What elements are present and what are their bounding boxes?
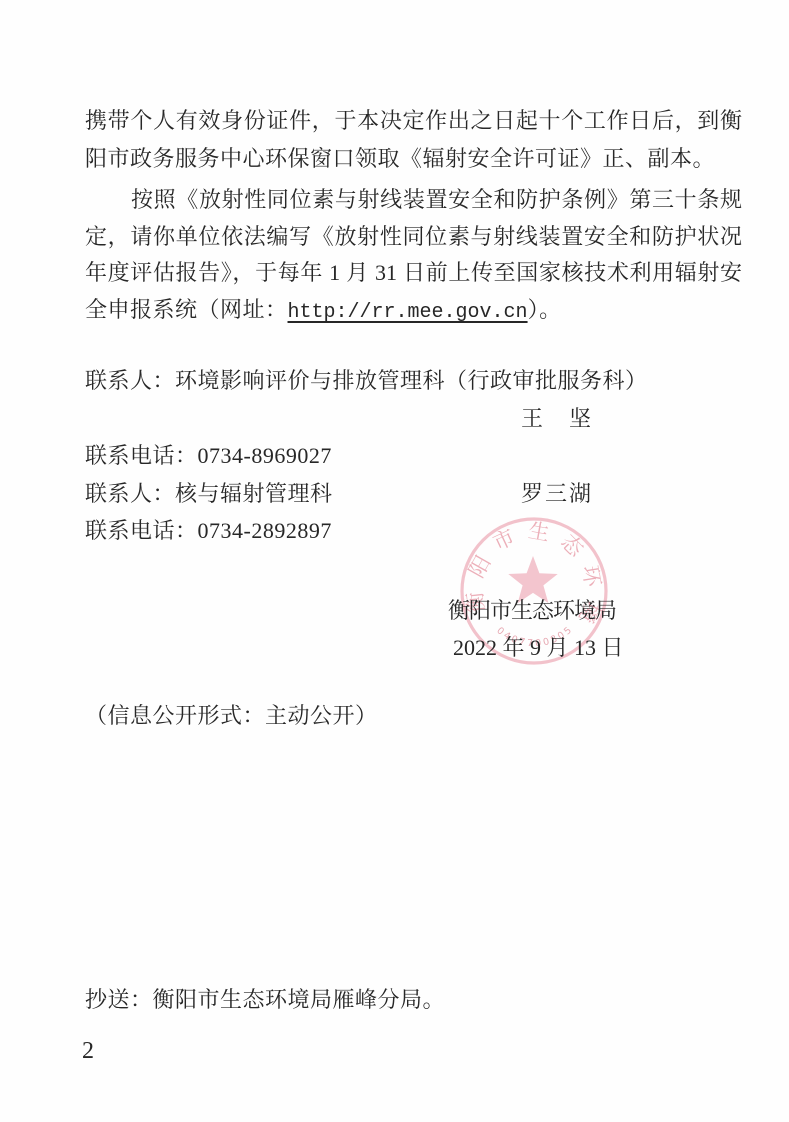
- url-prefix: 全申报系统（网址：: [85, 297, 288, 322]
- document-page: 衡阳市生态环境局 04077008051 携带个人有效身份证件，于本决定作出之日…: [0, 0, 789, 1122]
- body-p2-line4: 全申报系统（网址：http://rr.mee.gov.cn）。: [85, 295, 562, 328]
- page-number: 2: [82, 1038, 94, 1065]
- body-p2-line2: 定，请你单位依法编写《放射性同位素与射线装置安全和防护状况: [85, 222, 742, 252]
- body-p1-line2: 阳市政务服务中心环保窗口领取《辐射安全许可证》正、副本。: [85, 144, 715, 174]
- contact-name-2: 罗三湖: [521, 479, 593, 509]
- body-p2-line3: 年度评估报告》，于每年 1 月 31 日前上传至国家核技术利用辐射安: [85, 258, 742, 288]
- contact-phone-1: 联系电话：0734-8969027: [85, 441, 332, 471]
- cc-line: 抄送：衡阳市生态环境局雁峰分局。: [85, 985, 445, 1015]
- contact-name-1: 王 坚: [521, 404, 593, 434]
- info-disclosure-line: （信息公开形式：主动公开）: [85, 701, 378, 731]
- contact-dept-2: 联系人：核与辐射管理科: [85, 479, 333, 509]
- seal-star-icon: [508, 556, 557, 603]
- signature-date: 2022 年 9 月 13 日: [453, 634, 624, 662]
- signature-org: 衡阳市生态环境局: [448, 597, 616, 625]
- body-p2-line1: 按照《放射性同位素与射线装置安全和防护条例》第三十条规: [85, 185, 742, 215]
- body-p1-line1: 携带个人有效身份证件，于本决定作出之日起十个工作日后，到衡: [85, 106, 742, 136]
- contact-phone-2: 联系电话：0734-2892897: [85, 516, 332, 546]
- report-system-url: http://rr.mee.gov.cn: [288, 301, 528, 324]
- url-suffix: ）。: [528, 297, 562, 322]
- contact-dept-1: 联系人：环境影响评价与排放管理科（行政审批服务科）: [85, 366, 648, 396]
